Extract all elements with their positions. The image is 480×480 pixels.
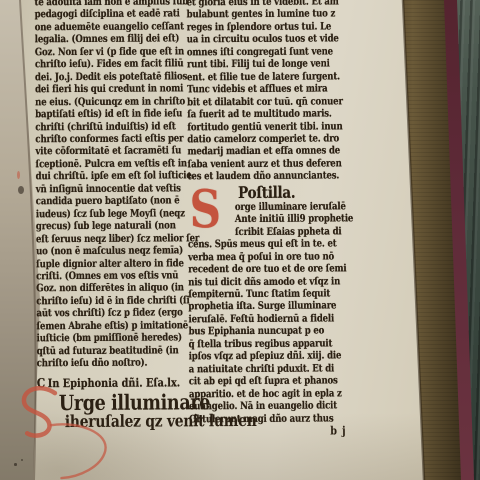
quire-signature: b j: [330, 424, 365, 437]
text-line: a natiuitate chriſti pduxit. Et di: [189, 362, 365, 376]
text-line: Goz. non differētes in aliquo (in: [36, 282, 212, 296]
text-line: fortitudo gentiū venerit tibi. inun: [187, 120, 363, 134]
text-line: Goz. Non ſer vi (p fide que eſt in: [35, 45, 211, 59]
text-line: bulabunt gentes in lumine tuo z: [187, 8, 363, 22]
text-line: dei fieri his qui credunt in nomi: [35, 82, 211, 96]
text-line: vn̄ inſignū innocentie dat veſtis: [36, 182, 212, 196]
initial-wrap-block: S orge illuminare ieruſalēAnte initiū il…: [188, 200, 365, 238]
text-line: omnes iſti congregati ſunt vene: [187, 45, 363, 59]
text-line: qſtū ad futuraz beatitudinē (in: [37, 344, 213, 358]
ink-speck: [18, 186, 24, 194]
right-column: et gloria eius in te videbit. Et ambulab…: [187, 0, 366, 438]
right-column-lines-top: et gloria eius in te videbit. Et ambulab…: [187, 0, 365, 183]
text-line: bus Epiphania nuncupat p eo: [189, 325, 365, 339]
text-line: ſuple dignior alter altero in fide: [36, 257, 212, 271]
text-line: cit ab epi qd eſt ſupra et phanos: [189, 374, 365, 388]
text-line: one aduemēte euangelio ceſſant: [35, 20, 211, 34]
text-line: verba mea q̄ poſui in ore tuo nō: [188, 250, 364, 264]
printed-text-block: te adouita iam non e amplius ſubpedagogi…: [0, 0, 480, 480]
right-column-lines-bottom: cens. Spūs meus qui eſt in te. etverba m…: [188, 237, 366, 425]
text-line: ipſos vſqz ad pſepiuz dñi. xiij. die: [189, 349, 365, 363]
incipit-initial-flourish: [15, 381, 126, 480]
incunabulum-book-photo: te adouita iam non e amplius ſubpedagogi…: [0, 0, 480, 480]
text-line: grecus) ſub lege naturali (non: [36, 219, 212, 233]
text-line: prophetia iſta. Surge illuminare: [188, 300, 364, 314]
text-line: ſa fuerit ad te multitudo maris.: [187, 107, 363, 121]
text-line: aūt vos chriſti) ſcz p fidez (ergo: [36, 306, 212, 320]
text-line: chriſto ieſu dño noſtro).: [37, 356, 213, 370]
margin-dot: [14, 463, 17, 466]
text-line: runt tibi. Filij tui de longe veni: [187, 58, 363, 72]
text-line: iuſticie (bm pmiſſionē heredes): [37, 331, 213, 345]
text-line: recedent de ore tuo et de ore ſemi: [188, 262, 364, 276]
text-line: eſt ſeruus neqz liber) ſcz melior ſer: [36, 232, 212, 246]
text-line: ſempiternū. Tunc ſtatim ſequit: [188, 287, 364, 301]
text-line: vite cōformitatē et ſacramēti ſu: [35, 145, 211, 159]
text-line: ent. et filie tue de latere ſurgent.: [187, 70, 363, 84]
text-line: iudeus) ſcz ſub lege Moyſi (neqz: [36, 207, 212, 221]
text-line: bit et dilatabit cor tuū. qn̄ conuer: [187, 95, 363, 109]
text-line: chriſti (chriſtū induiſtis) id eſt: [35, 120, 211, 134]
text-line: medarij madian et effa omnes de: [187, 145, 363, 159]
text-line: uo (non ē maſculus neqz femīa): [36, 244, 212, 258]
text-line: ſemen Abrahe eſtis) p imitationē: [36, 319, 212, 333]
text-line: baptiſati eſtis) id eſt in fide ieſu: [35, 107, 211, 121]
text-line: apparitio. et de hoc agit in epla z: [189, 387, 365, 401]
text-line: Tunc videbis et afflues et mira: [187, 82, 363, 96]
text-line: euangelio. Nā in euangelio dicit: [189, 399, 365, 413]
text-line: chriſto conformes facti eſtis per: [35, 132, 211, 146]
text-line: chriſto ieſu). Fides em facit filiū: [35, 57, 211, 71]
text-line: chriſto ieſu) id ē in fide chriſti (ſi: [36, 294, 212, 308]
text-line: dei. Jo.j. Dedit eis poteſtatē filios: [35, 70, 211, 84]
text-line: ua in circuitu oculos tuos et vide: [187, 33, 363, 47]
text-line: dui chriſtū. ipſe em eſt ſol iuſticie.: [36, 170, 212, 184]
text-line: candida puero baptiſato (non ē: [36, 194, 212, 208]
text-line: nis tui dicit dñs amodo et vſqz in: [188, 275, 364, 289]
text-line: ieruſalē. Feſtū hodiernū a fideli: [188, 312, 364, 326]
text-line: legalia. (Omnes em filij dei eſt): [35, 33, 211, 47]
text-line: criſti. (Omnes em vos eſtis vnū: [36, 269, 212, 283]
text-line: pedagogi diſciplina et eadē rati: [35, 8, 211, 22]
text-line: ne eius. (Quicunqz em in chriſto: [35, 95, 211, 109]
rubricated-initial: S: [189, 186, 221, 234]
margin-dot: [21, 459, 23, 461]
red-margin-tick: [17, 171, 20, 179]
